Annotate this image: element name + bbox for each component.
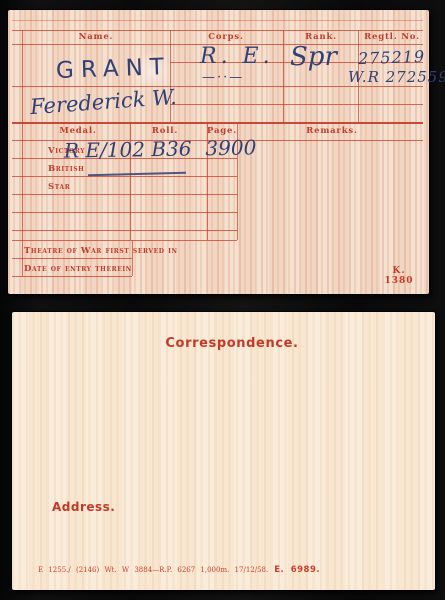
regtl-no-handwritten-2: W.R 272559: [348, 68, 445, 86]
medal-row-british: British: [48, 164, 84, 174]
name-column-header: Name.: [46, 32, 146, 42]
regtl-no-handwritten-1: 275219: [358, 47, 426, 68]
rule-line: [170, 104, 423, 105]
medal-column-header: Medal.: [38, 126, 118, 136]
surname-handwritten: GRANT: [56, 54, 172, 84]
rule-line: [12, 230, 237, 231]
correspondence-card: Correspondence. Address. E 1255./ (2146)…: [12, 312, 435, 590]
rule-line: [12, 194, 237, 195]
corps-handwritten: R. E.: [200, 44, 274, 69]
corps-ditto-mark: —··—: [202, 70, 244, 85]
page-value-handwritten: 3900: [205, 135, 256, 160]
remarks-column-header: Remarks.: [262, 126, 402, 136]
rule-line: [12, 212, 237, 213]
rank-handwritten: Spr: [290, 42, 337, 72]
roll-value-handwritten: R E/102 B36: [64, 136, 192, 162]
roll-column-header: Roll.: [135, 126, 195, 136]
rule-line: [12, 176, 237, 177]
print-imprint-text: E 1255./ (2146) Wt. W 3884—R.P. 6267 1,0…: [38, 566, 268, 574]
date-of-entry-label: Date of entry therein: [24, 264, 132, 274]
divider-line: [283, 30, 284, 122]
rule-line: [12, 86, 423, 87]
print-imprint-line: E 1255./ (2146) Wt. W 3884—R.P. 6267 1,0…: [38, 565, 320, 575]
regtl-no-column-header: Regtl. No.: [360, 32, 424, 42]
corps-column-header: Corps.: [186, 32, 266, 42]
scanned-document-background: Name. Corps. Rank. Regtl. No. GRANT Fere…: [0, 0, 445, 600]
rule-line: [12, 30, 423, 31]
form-code-k1380: K. 1380: [376, 266, 422, 286]
medal-row-star: Star: [48, 182, 70, 192]
forename-handwritten: Ferederick W.: [29, 85, 177, 119]
section-divider-line: [12, 122, 423, 124]
rank-column-header: Rank.: [291, 32, 351, 42]
address-label: Address.: [52, 500, 115, 514]
form-code-e6989: E. 6989.: [274, 565, 320, 575]
correspondence-title: Correspondence.: [32, 336, 432, 351]
rule-line: [12, 276, 132, 277]
rule-line: [12, 258, 132, 259]
medal-index-card: Name. Corps. Rank. Regtl. No. GRANT Fere…: [8, 10, 429, 294]
roll-page-handwritten: R E/102 B36 3900: [64, 135, 257, 162]
rule-line: [12, 20, 423, 21]
rule-line: [12, 240, 237, 241]
divider-line: [22, 30, 23, 276]
theatre-of-war-label: Theatre of War first served in: [24, 246, 178, 256]
page-column-header: Page.: [194, 126, 250, 136]
